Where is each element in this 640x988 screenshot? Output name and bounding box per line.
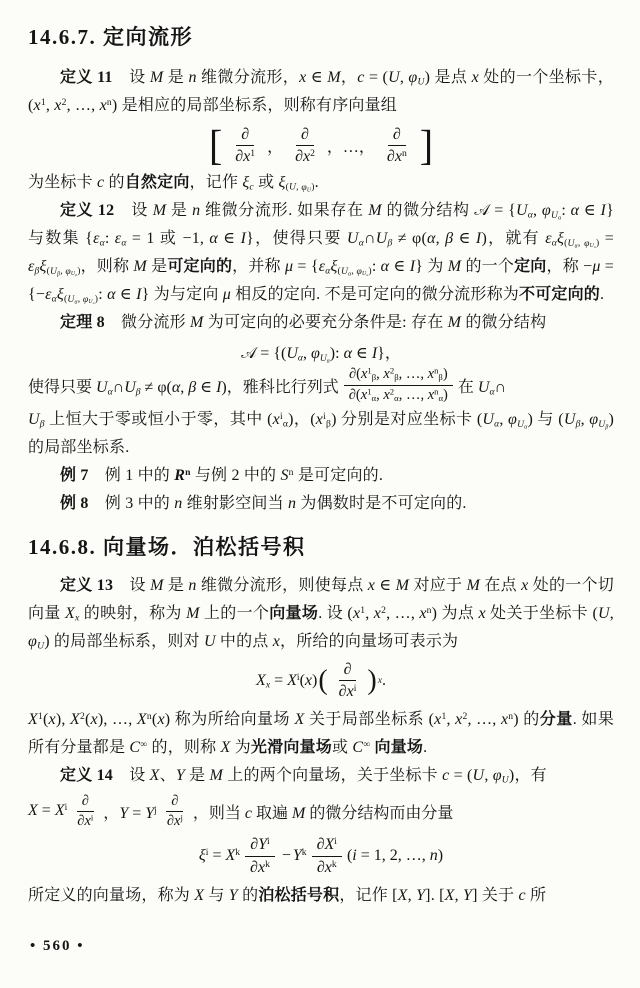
page-number: • 560 • bbox=[30, 938, 85, 955]
def14-line-tail: ，则当 c 取遍 M 的微分结构而由分量 bbox=[193, 800, 453, 823]
y-field-lhs: ，Y = Yj bbox=[103, 800, 157, 823]
fraction-dYi-dxk: ∂Yi∂xk bbox=[245, 835, 275, 876]
jacobian-suffix-text: 在 Uα∩ bbox=[458, 374, 506, 397]
minus-sign: − bbox=[280, 847, 293, 865]
paragraph-definition-11: 定义 11 设 M 是 n 维微分流形，x ∈ M，c = (U, φU) 是点… bbox=[28, 64, 614, 120]
right-paren: ) bbox=[367, 668, 376, 693]
yk-term: Yk bbox=[293, 847, 307, 865]
formula-atlas: 𝒜 = {(Uα, φUα): α ∈ I}， bbox=[28, 340, 614, 363]
paragraph-example-7: 例 7 例 1 中的 Rn 与例 2 中的 Sn 是可定向的. bbox=[28, 462, 614, 490]
paragraph-definition-14: 定义 14 设 X、Y 是 M 上的两个向量场，关于坐标卡 c = (U, φU… bbox=[28, 762, 614, 790]
formula-poisson-bracket-components: ξi = Xk ∂Yi∂xk − Yk ∂Xi∂xk (i = 1, 2, …,… bbox=[28, 835, 614, 876]
paragraph-jacobian-sign: Uβ 上恒大于零或恒小于零，其中 (xiα)，(xiβ) 分别是对应坐标卡 (U… bbox=[28, 406, 614, 462]
paragraph-components: X1(x), X2(x), …, Xn(x) 称为所给向量场 X 关于局部坐标系… bbox=[28, 706, 614, 762]
section-heading-14-6-7: 14.6.7. 定向流形 bbox=[28, 22, 614, 52]
fraction-d-dx1: ∂∂x1 bbox=[230, 125, 260, 166]
vector-field-lhs: Xx = Xi(x) bbox=[256, 672, 317, 690]
ellipsis-separator: ，…， bbox=[325, 134, 377, 157]
atlas-expression: 𝒜 = {(Uα, φUα): α ∈ I}， bbox=[241, 340, 401, 363]
paragraph-example-8: 例 8 例 3 中的 n 维射影空间当 n 为偶数时是不可定向的. bbox=[28, 490, 614, 518]
formula-natural-orientation-basis: [ ∂∂x1 ， ∂∂x2 ，…， ∂∂xn ] bbox=[28, 125, 614, 166]
jacobian-fraction: ∂(x1β, x2β, …, xnβ)∂(x1α, x2α, …, xnα) bbox=[344, 366, 453, 404]
fraction-y-field: ∂∂xj bbox=[162, 793, 188, 831]
x-field-lhs: X = Xi bbox=[28, 802, 67, 820]
right-bracket: ] bbox=[420, 127, 433, 165]
paragraph-definition-12: 定义 12 设 M 是 n 维微分流形. 如果存在 M 的微分结构 𝒜 = {U… bbox=[28, 197, 614, 309]
fraction-dXi-dxk: ∂Xi∂xk bbox=[312, 835, 342, 876]
formula-vector-field: Xx = Xi(x) ( ∂∂xi ) x . bbox=[28, 660, 614, 701]
fraction-d-dxn: ∂∂xn bbox=[382, 125, 412, 166]
comma-separator: ， bbox=[265, 134, 285, 157]
left-bracket: [ bbox=[209, 127, 222, 165]
paragraph-natural-orientation: 为坐标卡 c 的自然定向，记作 ξc 或 ξ(U, φU). bbox=[28, 169, 614, 197]
jacobian-prefix-text: 使得只要 Uα∩Uβ ≠ φ(α, β ∈ I)，雅科比行列式 bbox=[28, 374, 339, 397]
left-paren: ( bbox=[318, 668, 327, 693]
definition-14-expression-line: X = Xi ∂∂xi ，Y = Yj ∂∂xj ，则当 c 取遍 M 的微分结… bbox=[28, 793, 614, 831]
xi-lhs: ξi = Xk bbox=[199, 847, 240, 865]
period: . bbox=[382, 672, 386, 690]
paragraph-poisson-bracket: 所定义的向量场，称为 X 与 Y 的泊松括号积，记作 [X, Y]. [X, Y… bbox=[28, 882, 614, 910]
paragraph-theorem-8: 定理 8 微分流形 M 为可定向的必要充分条件是: 存在 M 的微分结构 bbox=[28, 309, 614, 337]
scanned-book-page: 14.6.7. 定向流形 定义 11 设 M 是 n 维微分流形，x ∈ M，c… bbox=[0, 0, 640, 988]
fraction-x-field: ∂∂xi bbox=[72, 793, 98, 831]
index-range: (i = 1, 2, …, n) bbox=[347, 847, 443, 865]
fraction-d-dx2: ∂∂x2 bbox=[290, 125, 320, 166]
jacobian-line: 使得只要 Uα∩Uβ ≠ φ(α, β ∈ I)，雅科比行列式 ∂(x1β, x… bbox=[28, 366, 614, 404]
section-heading-14-6-8: 14.6.8. 向量场．泊松括号积 bbox=[28, 532, 614, 562]
fraction-d-dxi: ∂∂xi bbox=[334, 660, 362, 701]
paragraph-definition-13: 定义 13 设 M 是 n 维微分流形，则使每点 x ∈ M 对应于 M 在点 … bbox=[28, 572, 614, 656]
